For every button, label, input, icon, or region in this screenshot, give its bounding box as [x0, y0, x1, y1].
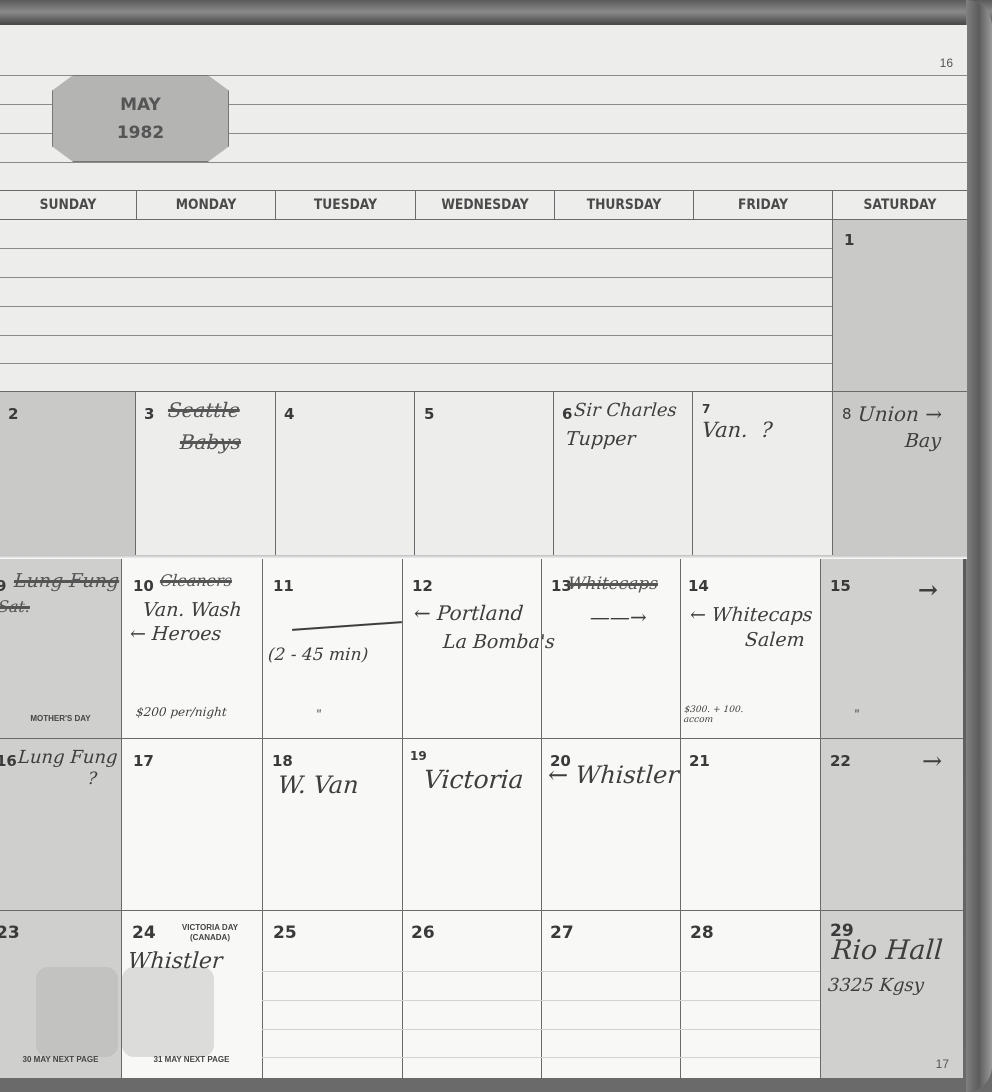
- next-page-note: 30 MAY NEXT PAGE: [0, 1055, 121, 1065]
- weekday-friday: FRIDAY: [702, 191, 823, 219]
- bleed-through-badge: [36, 967, 118, 1057]
- note: Tupper: [565, 428, 636, 450]
- note: La Bomba's: [442, 631, 555, 653]
- arrow-right-icon: ——→: [589, 605, 647, 629]
- note: Victoria: [423, 765, 525, 794]
- note: Whistler: [127, 949, 223, 974]
- note: Salem: [744, 629, 805, 651]
- binding-seam: [0, 555, 967, 559]
- planner-cover-edge: [966, 0, 992, 1092]
- note: W. Van: [277, 771, 360, 799]
- bottom-page: 17 9 Lung Fung Sat. MOTHER'S DAY 10 Clea…: [0, 557, 963, 1078]
- note: ← Whistler: [547, 761, 680, 789]
- arrow-right-icon: →: [917, 575, 939, 604]
- note: Sir Charles: [573, 400, 677, 421]
- month-badge: MAY 1982: [52, 75, 229, 162]
- weekday-saturday: SATURDAY: [841, 191, 959, 219]
- note: ← Whitecaps: [689, 604, 813, 626]
- note: ?: [87, 769, 98, 789]
- note: Union →: [857, 402, 943, 426]
- note: 3325 Kgsy: [827, 975, 924, 996]
- note: Van. ?: [701, 418, 773, 442]
- top-page: 16 MAY 1982 SUNDAY MONDAY TUESDAY WEDNES…: [0, 25, 967, 558]
- weekday-wednesday: WEDNESDAY: [424, 191, 545, 219]
- holiday-label: VICTORIA DAY (CANADA): [175, 923, 245, 943]
- bleed-through-badge: [122, 967, 214, 1057]
- note: ← Portland: [413, 601, 524, 625]
- sunday-shade: [0, 392, 135, 558]
- note: Bay: [904, 430, 942, 452]
- weekday-monday: MONDAY: [145, 191, 266, 219]
- arrow-right-icon: →: [921, 747, 943, 775]
- note-fee: $300. + 100. accom: [683, 705, 774, 725]
- note-fee: $200 per/night: [136, 705, 228, 719]
- page-number-top: 16: [940, 56, 953, 70]
- note: ← Heroes: [129, 623, 222, 645]
- note-struck: Babys: [179, 430, 242, 454]
- holiday-label: MOTHER'S DAY: [0, 714, 121, 724]
- day-1[interactable]: 1: [844, 231, 854, 249]
- note: Van. Wash: [142, 599, 242, 621]
- weekday-tuesday: TUESDAY: [284, 191, 406, 219]
- saturday-shade: [833, 220, 967, 558]
- month-label: MAY: [120, 91, 161, 119]
- saturday-shade: [820, 557, 963, 1078]
- arrow-right-line: [292, 621, 402, 631]
- weekday-thursday: THURSDAY: [563, 191, 684, 219]
- note: Lung Fung: [17, 747, 118, 768]
- note: Rio Hall: [831, 935, 944, 966]
- page-number-bottom: 17: [936, 1057, 949, 1071]
- note: (2 - 45 min): [267, 645, 369, 665]
- note-struck: Seattle: [167, 398, 240, 422]
- weekday-sunday: SUNDAY: [8, 191, 128, 219]
- year-label: 1982: [117, 119, 164, 147]
- next-page-note: 31 MAY NEXT PAGE: [121, 1055, 262, 1065]
